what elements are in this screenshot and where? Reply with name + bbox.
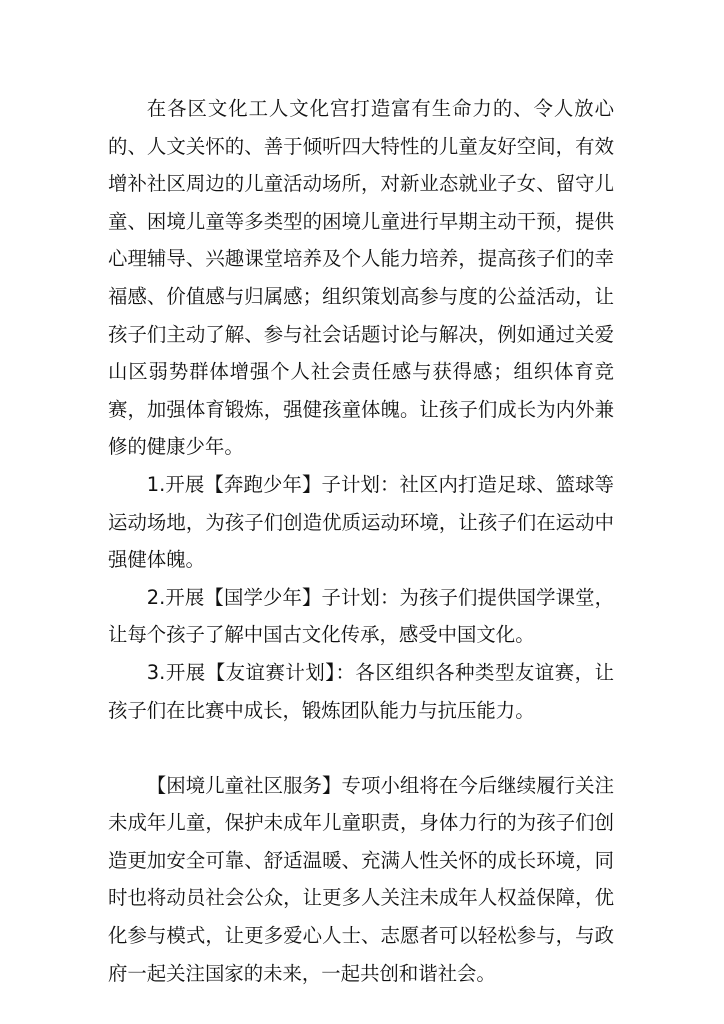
- paragraph-plan-friendship-match: 3.开展【友谊赛计划】：各区组织各种类型友谊赛，让孩子们在比赛中成长，锻炼团队能…: [108, 654, 614, 729]
- paragraph-intro: 在各区文化工人文化宫打造富有生命力的、令人放心的、人文关怀的、善于倾听四大特性的…: [108, 90, 614, 466]
- document-page: 在各区文化工人文化宫打造富有生命力的、令人放心的、人文关怀的、善于倾听四大特性的…: [108, 90, 614, 992]
- paragraph-closing: 【困境儿童社区服务】专项小组将在今后继续履行关注未成年儿童，保护未成年儿童职责，…: [108, 767, 614, 993]
- paragraph-spacer: [108, 729, 614, 767]
- paragraph-plan-running-youth: 1.开展【奔跑少年】子计划：社区内打造足球、篮球等运动场地，为孩子们创造优质运动…: [108, 466, 614, 579]
- paragraph-plan-guoxue-youth: 2.开展【国学少年】子计划：为孩子们提供国学课堂，让每个孩子了解中国古文化传承，…: [108, 579, 614, 654]
